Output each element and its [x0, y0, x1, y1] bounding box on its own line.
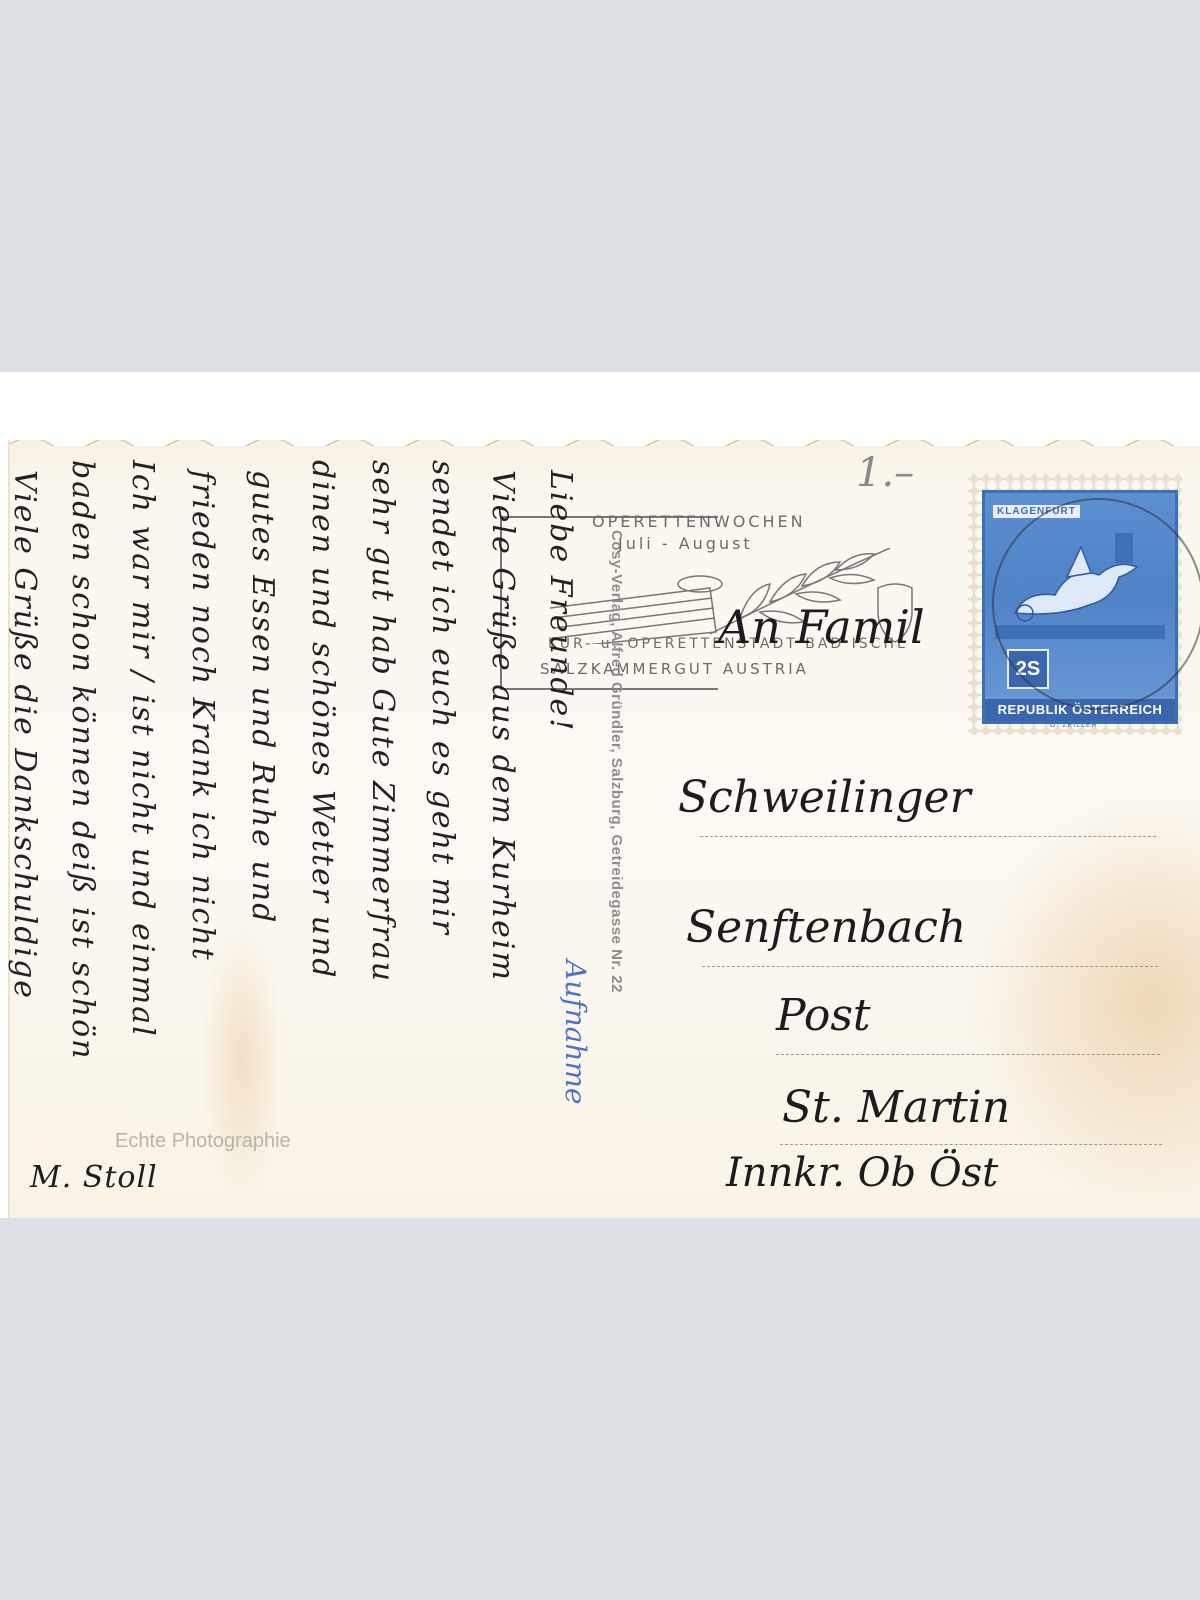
message-line-4: sehr gut hab Gute Zimmerfrau [365, 460, 400, 983]
message-line-2: Viele Grüße aus dem Kurheim [485, 470, 520, 982]
address-region: Innkr. Ob Öst [726, 1150, 998, 1196]
address-rule-2 [702, 966, 1158, 967]
blue-annotation: Aufnahme [559, 960, 592, 1105]
message-line-8: Ich war mir / ist nicht und einmal [125, 460, 160, 1038]
address-rule-1 [700, 836, 1156, 837]
address-prefix: An Famil [718, 600, 925, 654]
message-line-1: Liebe Freunde! [543, 470, 578, 732]
address-post: Post [776, 990, 871, 1041]
message-line-9: baden schon können deiß ist schön [65, 460, 100, 1060]
postmark-line1: OPERETTENWOCHEN [592, 512, 806, 531]
price-mark: 1.– [856, 450, 914, 496]
message-line-3: sendet ich euch es geht mir [425, 460, 460, 936]
address-street: Senftenbach [686, 902, 966, 953]
scalloped-edge [10, 440, 1200, 446]
address-rule-4 [780, 1144, 1162, 1145]
stamp-cancel-circle [992, 498, 1200, 710]
message-line-5: dinen und schönes Wetter und [305, 460, 340, 979]
address-rule-3 [776, 1054, 1160, 1055]
message-line-10: Viele Grüße die Dankschuldige [7, 470, 42, 1000]
address-name: Schweilinger [678, 772, 971, 823]
signature: M. Stoll [30, 1160, 158, 1195]
message-line-7: frieden noch Krank ich nicht [185, 470, 220, 962]
stamp-designer: O. ZEILLER [1050, 722, 1098, 729]
photo-imprint: Echte Photographie [115, 1130, 291, 1153]
postmark-line4: SALZKAMMERGUT AUSTRIA [540, 660, 809, 678]
message-line-6: gutes Essen und Ruhe und [245, 470, 280, 924]
address-town: St. Martin [782, 1082, 1010, 1133]
publisher-imprint: Cosy-Verlag, Alfred Gründler, Salzburg, … [608, 530, 625, 993]
